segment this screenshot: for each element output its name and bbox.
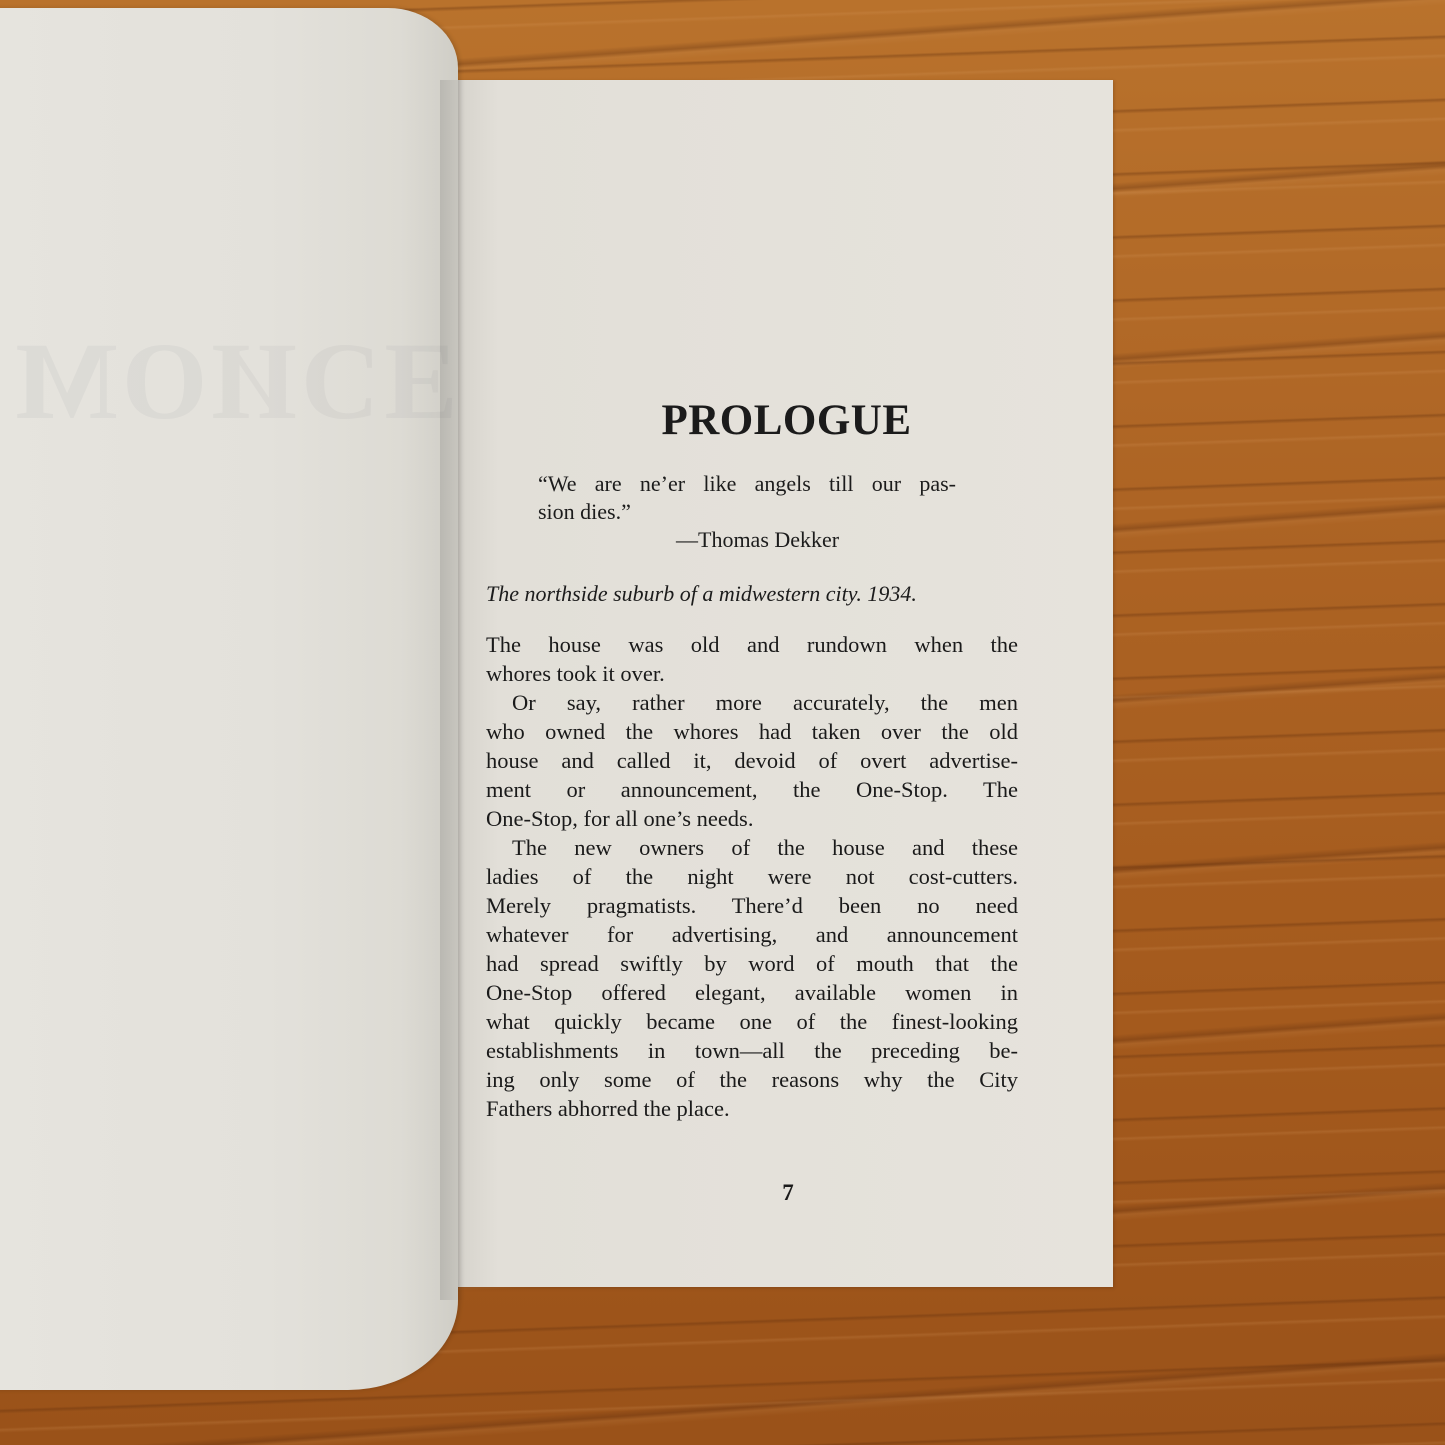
body-line: who owned the whores had taken over the …: [486, 717, 1018, 746]
body-text: The house was old and rundown when the w…: [486, 630, 1018, 1123]
body-line: One-Stop offered elegant, available wome…: [486, 978, 1018, 1007]
epigraph-attribution: —Thomas Dekker: [538, 526, 968, 554]
body-line: ladies of the night were not cost-cutter…: [486, 862, 1018, 891]
body-line: Merely pragmatists. There’d been no need: [486, 891, 1018, 920]
body-line: what quickly became one of the finest-lo…: [486, 1007, 1018, 1036]
body-line: ing only some of the reasons why the Cit…: [486, 1065, 1018, 1094]
body-line: house and called it, devoid of overt adv…: [486, 746, 1018, 775]
setting-line: The northside suburb of a midwestern cit…: [486, 580, 1018, 608]
epigraph-line-2: sion dies.”: [538, 498, 968, 526]
body-line: whatever for advertising, and announceme…: [486, 920, 1018, 949]
chapter-title: PROLOGUE: [445, 396, 1113, 445]
epigraph: “We are ne’er like angels till our pas- …: [538, 470, 968, 554]
body-line: had spread swiftly by word of mouth that…: [486, 949, 1018, 978]
body-line: establishments in town—all the preceding…: [486, 1036, 1018, 1065]
body-line: The new owners of the house and these: [486, 833, 1018, 862]
bleed-through-text: ƎƆИOM: [10, 318, 458, 445]
page-number: 7: [445, 1180, 1113, 1206]
epigraph-line-1: “We are ne’er like angels till our pas-: [538, 470, 956, 498]
right-page: PROLOGUE “We are ne’er like angels till …: [445, 80, 1113, 1287]
left-page: ƎƆИOM: [0, 8, 458, 1390]
body-line: One-Stop, for all one’s needs.: [486, 804, 1018, 833]
body-line: ment or announcement, the One-Stop. The: [486, 775, 1018, 804]
body-line: whores took it over.: [486, 659, 1018, 688]
body-line: The house was old and rundown when the: [486, 630, 1018, 659]
body-line: Or say, rather more accurately, the men: [486, 688, 1018, 717]
body-line: Fathers abhorred the place.: [486, 1094, 1018, 1123]
